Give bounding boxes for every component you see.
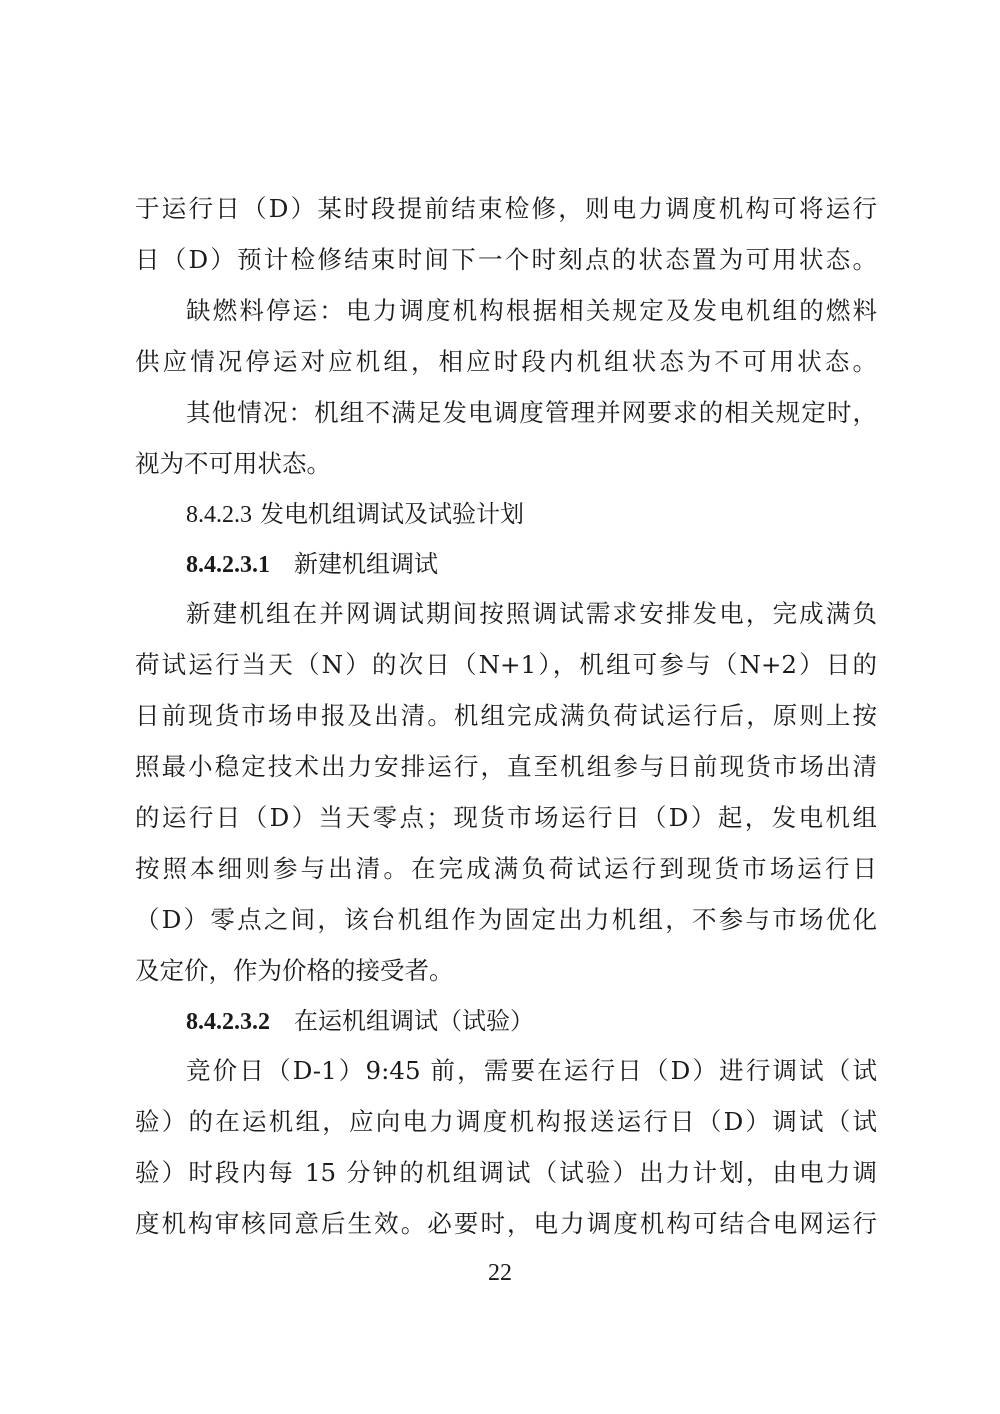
subsection-number: 8.4.2.3.2 bbox=[186, 1009, 270, 1035]
text-line: 竞价日（D-1）9:45 前，需要在运行日（D）进行调试（试 bbox=[186, 1051, 877, 1091]
text-line: 日前现货市场申报及出清。机组完成满负荷试运行后，原则上按 bbox=[135, 696, 877, 736]
text-line: 按照本细则参与出清。在完成满负荷试运行到现货市场运行日 bbox=[135, 849, 877, 889]
section-heading: 8.4.2.3发电机组调试及试验计划 bbox=[186, 494, 877, 534]
text-line: 供应情况停运对应机组，相应时段内机组状态为不可用状态。 bbox=[135, 342, 877, 382]
text-line: 度机构审核同意后生效。必要时，电力调度机构可结合电网运行 bbox=[135, 1204, 877, 1244]
page-number: 22 bbox=[0, 1258, 1000, 1288]
subsection-heading: 8.4.2.3.1新建机组调试 bbox=[186, 544, 877, 584]
subsection-title: 新建机组调试 bbox=[294, 550, 438, 578]
subsection-title: 在运机组调试（试验） bbox=[294, 1007, 534, 1035]
text-line: 照最小稳定技术出力安排运行，直至机组参与日前现货市场出清 bbox=[135, 747, 877, 787]
text-line: 新建机组在并网调试期间按照调试需求安排发电，完成满负 bbox=[186, 594, 877, 634]
text-line: 的运行日（D）当天零点；现货市场运行日（D）起，发电机组 bbox=[135, 798, 877, 838]
section-title: 发电机组调试及试验计划 bbox=[260, 500, 524, 528]
document-page: 于运行日（D）某时段提前结束检修，则电力调度机构可将运行 日（D）预计检修结束时… bbox=[0, 0, 1000, 1414]
text-line: 日（D）预计检修结束时间下一个时刻点的状态置为可用状态。 bbox=[135, 240, 877, 280]
subsection-number: 8.4.2.3.1 bbox=[186, 552, 270, 578]
text-line: 于运行日（D）某时段提前结束检修，则电力调度机构可将运行 bbox=[135, 189, 877, 229]
text-line: 其他情况：机组不满足发电调度管理并网要求的相关规定时， bbox=[186, 393, 877, 433]
section-number: 8.4.2.3 bbox=[186, 502, 252, 528]
text-line: 及定价，作为价格的接受者。 bbox=[135, 951, 877, 991]
text-line: （D）零点之间，该台机组作为固定出力机组，不参与市场优化 bbox=[135, 900, 877, 940]
text-line: 验）时段内每 15 分钟的机组调试（试验）出力计划，由电力调 bbox=[135, 1153, 877, 1193]
text-line: 缺燃料停运：电力调度机构根据相关规定及发电机组的燃料 bbox=[186, 291, 877, 331]
text-line: 视为不可用状态。 bbox=[135, 444, 877, 484]
text-line: 荷试运行当天（N）的次日（N+1），机组可参与（N+2）日的 bbox=[135, 645, 877, 685]
subsection-heading: 8.4.2.3.2在运机组调试（试验） bbox=[186, 1001, 877, 1041]
text-line: 验）的在运机组，应向电力调度机构报送运行日（D）调试（试 bbox=[135, 1102, 877, 1142]
